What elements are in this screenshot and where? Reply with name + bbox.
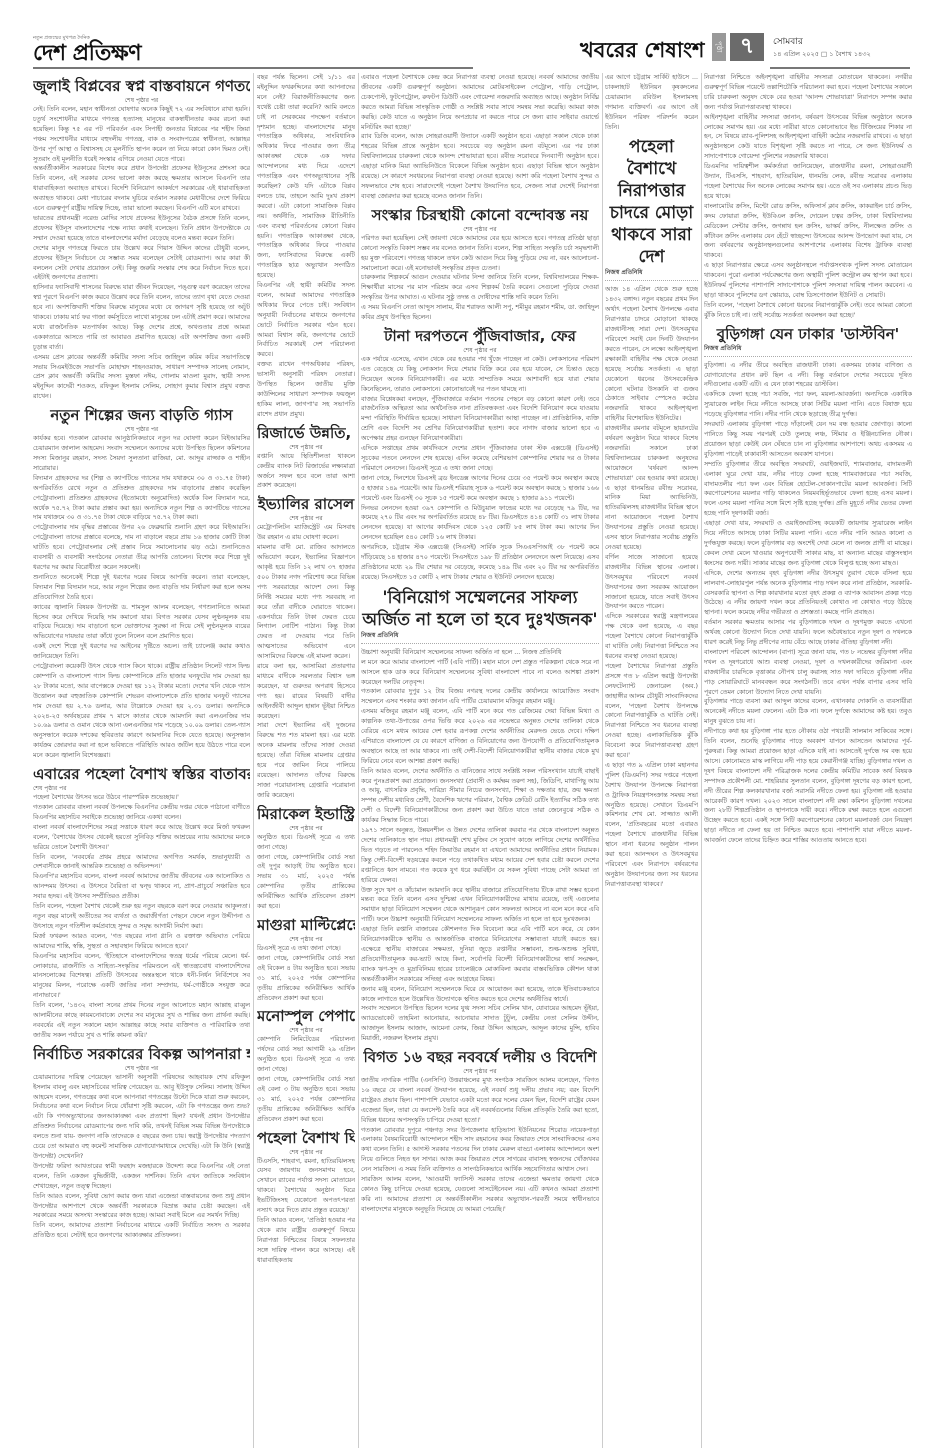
headline: বুড়িগঙ্গা যেন ঢাকার 'ডাস্টবিন' bbox=[704, 325, 912, 344]
article-body: টিএসসি, শাহবাগ, রমনা, হাতিরঝিলসহ যেসব জা… bbox=[257, 1157, 355, 1266]
article-body: চেয়ারম্যানের দায়িত্ব পেয়েছেন ভাসানী অ… bbox=[33, 1073, 250, 1241]
newspaper-logo[interactable]: নতুন প্রজন্মের মুখপত্র দৈনিক দেশ প্রতিক্… bbox=[33, 35, 141, 65]
column-3: এবারও পহেলা বৈশাখকে কেন্দ্র করে নিরাপত্ত… bbox=[361, 73, 599, 1448]
column-divider bbox=[253, 73, 254, 1448]
article-buriganga[interactable]: বুড়িগঙ্গা যেন ঢাকার 'ডাস্টবিন' নিজস্ব প… bbox=[704, 325, 912, 846]
newspaper-page: নতুন প্রজন্মের মুখপত্র দৈনিক দেশ প্রতিক্… bbox=[0, 0, 945, 1452]
headline: নতুন শিল্পের জন্য বাড়তি গ্যাস bbox=[33, 406, 250, 425]
article-continuation: এবারও পহেলা বৈশাখকে কেন্দ্র করে নিরাপত্ত… bbox=[361, 73, 599, 202]
article-body: উচ্চাশা অনুযায়ী বিনিয়োগ সম্মেলনের সাফল… bbox=[361, 648, 599, 1044]
continued-label: শেষ পৃষ্ঠার পর bbox=[33, 784, 250, 793]
column-1: জুলাই বিপ্লবের স্বপ্ন বাস্তবায়নে গণতন্ত… bbox=[33, 73, 250, 1448]
article-body: পহেলা বৈশাখের উৎসব ভরে উঠবে পারস্পরিক শু… bbox=[33, 793, 250, 1041]
article-magura-multiplex[interactable]: মাগুরা মাল্টিপ্লেক্সের শেষ পৃষ্ঠার পর ডি… bbox=[257, 916, 355, 1003]
byline: নিজস্ব প্রতিনিধি bbox=[361, 631, 599, 644]
continued-label: শেষ পৃষ্ঠার পর bbox=[257, 514, 355, 523]
article-body: কার্যকর হবে। গতকাল রোববার আনুষ্ঠানিকভাবে… bbox=[33, 434, 250, 761]
article-continuation: বছর পর্যন্ত ছিলেন। সেই ১/১১ এর মইনুদ্দিন… bbox=[257, 73, 355, 420]
page-label: পৃষ্ঠা bbox=[712, 33, 726, 61]
article-boishakh-around[interactable]: পহেলা বৈশাখ ঘিরে শেষ পৃষ্ঠার পর টিএসসি, … bbox=[257, 1129, 355, 1266]
article-continuation: এর আগে চট্টগ্রাম সার্কিট হাউসে ... চাকলা… bbox=[605, 73, 698, 132]
headline: পহেলা বৈশাখ ঘিরে bbox=[257, 1129, 355, 1148]
article-body: পরিণত করা হয়েছিল। সেই জায়গা থেকে আমাদে… bbox=[361, 234, 599, 323]
headline: টানা দরপতনে পুঁজিবাজার, ফের bbox=[361, 327, 599, 346]
article-body: কোম্পানি লিমিটেডের পরিচালনা পর্ষদের বোর্… bbox=[257, 1035, 355, 1124]
continued-label: শেষ পৃষ্ঠার পর bbox=[361, 1067, 599, 1076]
headline: মাগুরা মাল্টিপ্লেক্সের bbox=[257, 916, 355, 935]
article-miracle-industries[interactable]: মিরাকেল ইন্ডাস্ট্রিজের শেষ পৃষ্ঠার পর অন… bbox=[257, 805, 355, 912]
byline: নিজস্ব প্রতিনিধি bbox=[704, 344, 912, 357]
article-boishakh-relief[interactable]: এবারের পহেলা বৈশাখ স্বস্তির বাতাবরণে শেষ… bbox=[33, 765, 250, 1041]
article-body: নেই। তিনি বলেন, মহান স্বাধীনতা ঘোষণার অন… bbox=[33, 105, 250, 402]
continued-label: শেষ পৃষ্ঠার পর bbox=[361, 346, 599, 355]
article-body: এক পর্যায়ে এসেছে, এখান থেকে বের হওয়ার … bbox=[361, 355, 599, 583]
headline: সংস্কার চিরস্থায়ী কোনো বন্দোবস্ত নয় bbox=[361, 206, 599, 225]
continued-label: শেষ পৃষ্ঠার পর bbox=[257, 443, 355, 452]
column-4: এর আগে চট্টগ্রাম সার্কিট হাউসে ... চাকলা… bbox=[605, 73, 698, 1448]
continued-label: শেষ পৃষ্ঠার পর bbox=[361, 225, 599, 234]
article-body: অনুষ্ঠিত হবে। ডিএসই সূত্রে এ তথ্য জানা গ… bbox=[257, 833, 355, 912]
headline: পহেলা বৈশাখে নিরাপত্তার চাদরে মোড়া থাকব… bbox=[605, 136, 698, 268]
header-rule-left bbox=[33, 67, 473, 69]
page-number: ৭ bbox=[730, 33, 764, 61]
continued-label: শেষ পৃষ্ঠার পর bbox=[33, 96, 250, 105]
column-divider bbox=[701, 73, 702, 1448]
masthead: নতুন প্রজন্মের মুখপত্র দৈনিক দেশ প্রতিক্… bbox=[0, 0, 945, 62]
article-reserve[interactable]: রিজার্ভে উন্নতি, নিট শেষ পৃষ্ঠার পর রপ্ত… bbox=[257, 424, 355, 492]
headline: জুলাই বিপ্লবের স্বপ্ন বাস্তবায়নে গণতন্ত… bbox=[33, 77, 250, 96]
column-2: বছর পর্যন্ত ছিলেন। সেই ১/১১ এর মইনুদ্দিন… bbox=[257, 73, 355, 1448]
headline: ইভ্যালির রাসেল bbox=[257, 495, 355, 514]
article-body: জাতীয় নাগরিক পার্টির (এনসিপি) উত্তরাঞ্চ… bbox=[361, 1076, 599, 1215]
continued-label: শেষ পৃষ্ঠার পর bbox=[33, 1064, 250, 1073]
article-boishakh-security[interactable]: পহেলা বৈশাখে নিরাপত্তার চাদরে মোড়া থাকব… bbox=[605, 136, 698, 889]
article-reform[interactable]: সংস্কার চিরস্থায়ী কোনো বন্দোবস্ত নয় শে… bbox=[361, 206, 599, 323]
column-5: নিরাপত্তা নিশ্চিতে অইনশৃঙ্খলা বাহিনীর সদ… bbox=[704, 73, 912, 1448]
continued-label: শেষ পৃষ্ঠার পর bbox=[257, 1148, 355, 1157]
headline: 'বিনিয়োগ সম্মেলনের সাফল্য অর্জিত না হলে… bbox=[361, 587, 599, 631]
security-continuation: নিরাপত্তা নিশ্চিতে অইনশৃঙ্খলা বাহিনীর সদ… bbox=[704, 73, 912, 321]
article-elected-government[interactable]: নির্বাচিত সরকারের বিকল্প আপনারা হতে শেষ … bbox=[33, 1045, 250, 1241]
headline: মনোস্পুল পেপারের bbox=[257, 1007, 355, 1026]
newspaper-name: দেশ প্রতিক্ষণ bbox=[33, 41, 141, 65]
date-line: ১৪ এপ্রিল ২০২৫ □ ১ বৈশাখ ১৪৩২ bbox=[773, 49, 871, 60]
continued-label: শেষ পৃষ্ঠার পর bbox=[257, 824, 355, 833]
article-body: আজ ১৪ এপ্রিল থেকে শুরু হচ্ছে ১৪৩২ বঙ্গাব… bbox=[605, 285, 698, 889]
column-divider bbox=[358, 73, 359, 1448]
article-monospool-paper[interactable]: মনোস্পুল পেপারের শেষ পৃষ্ঠার পর কোম্পানি… bbox=[257, 1007, 355, 1124]
headline: মিরাকেল ইন্ডাস্ট্রিজের bbox=[257, 805, 355, 824]
headline: বিগত ১৬ বছর নববর্ষে দলীয় ও বিদেশি bbox=[361, 1048, 599, 1067]
article-evaly-rasel[interactable]: ইভ্যালির রাসেল শেষ পৃষ্ঠার পর মেট্রোপলিট… bbox=[257, 495, 355, 800]
article-body: মেট্রোপলিটন ম্যাজিস্ট্রেট এম মিসবাহ উর র… bbox=[257, 523, 355, 800]
article-body: ডিএসই সূত্রে এ তথ্য জানা গেছে। জানা গেছে… bbox=[257, 944, 355, 1003]
weekday: সোমবার bbox=[773, 34, 803, 49]
headline: এবারের পহেলা বৈশাখ স্বস্তির বাতাবরণে bbox=[33, 765, 250, 784]
headline: রিজার্ভে উন্নতি, নিট bbox=[257, 424, 355, 443]
article-sixteen-years[interactable]: বিগত ১৬ বছর নববর্ষে দলীয় ও বিদেশি শেষ প… bbox=[361, 1048, 599, 1215]
article-body: বুড়িগঙ্গা। এ নদীর তীরে অবস্থিত রাজধানী … bbox=[704, 361, 912, 846]
continued-label: শেষ পৃষ্ঠার পর bbox=[257, 935, 355, 944]
article-investment-summit[interactable]: 'বিনিয়োগ সম্মেলনের সাফল্য অর্জিত না হলে… bbox=[361, 587, 599, 1044]
header-rule-right bbox=[770, 67, 910, 69]
article-july-revolution[interactable]: জুলাই বিপ্লবের স্বপ্ন বাস্তবায়নে গণতন্ত… bbox=[33, 77, 250, 402]
column-divider bbox=[602, 73, 603, 1448]
article-new-industry-gas[interactable]: নতুন শিল্পের জন্য বাড়তি গ্যাস শেষ পৃষ্ঠ… bbox=[33, 406, 250, 761]
headline: নির্বাচিত সরকারের বিকল্প আপনারা হতে bbox=[33, 1045, 250, 1064]
byline: নিজস্ব প্রতিনিধি bbox=[605, 268, 698, 281]
section-title: খবরের শেষাংশ bbox=[580, 34, 704, 69]
article-stock-market[interactable]: টানা দরপতনে পুঁজিবাজার, ফের শেষ পৃষ্ঠার … bbox=[361, 327, 599, 583]
article-body: রপ্তানি আয়ে স্থিতিশীলতা থাকলে কেন্দ্রীয… bbox=[257, 452, 355, 492]
continued-label: শেষ পৃষ্ঠার পর bbox=[257, 1026, 355, 1035]
continued-label: শেষ পৃষ্ঠার পর bbox=[33, 425, 250, 434]
